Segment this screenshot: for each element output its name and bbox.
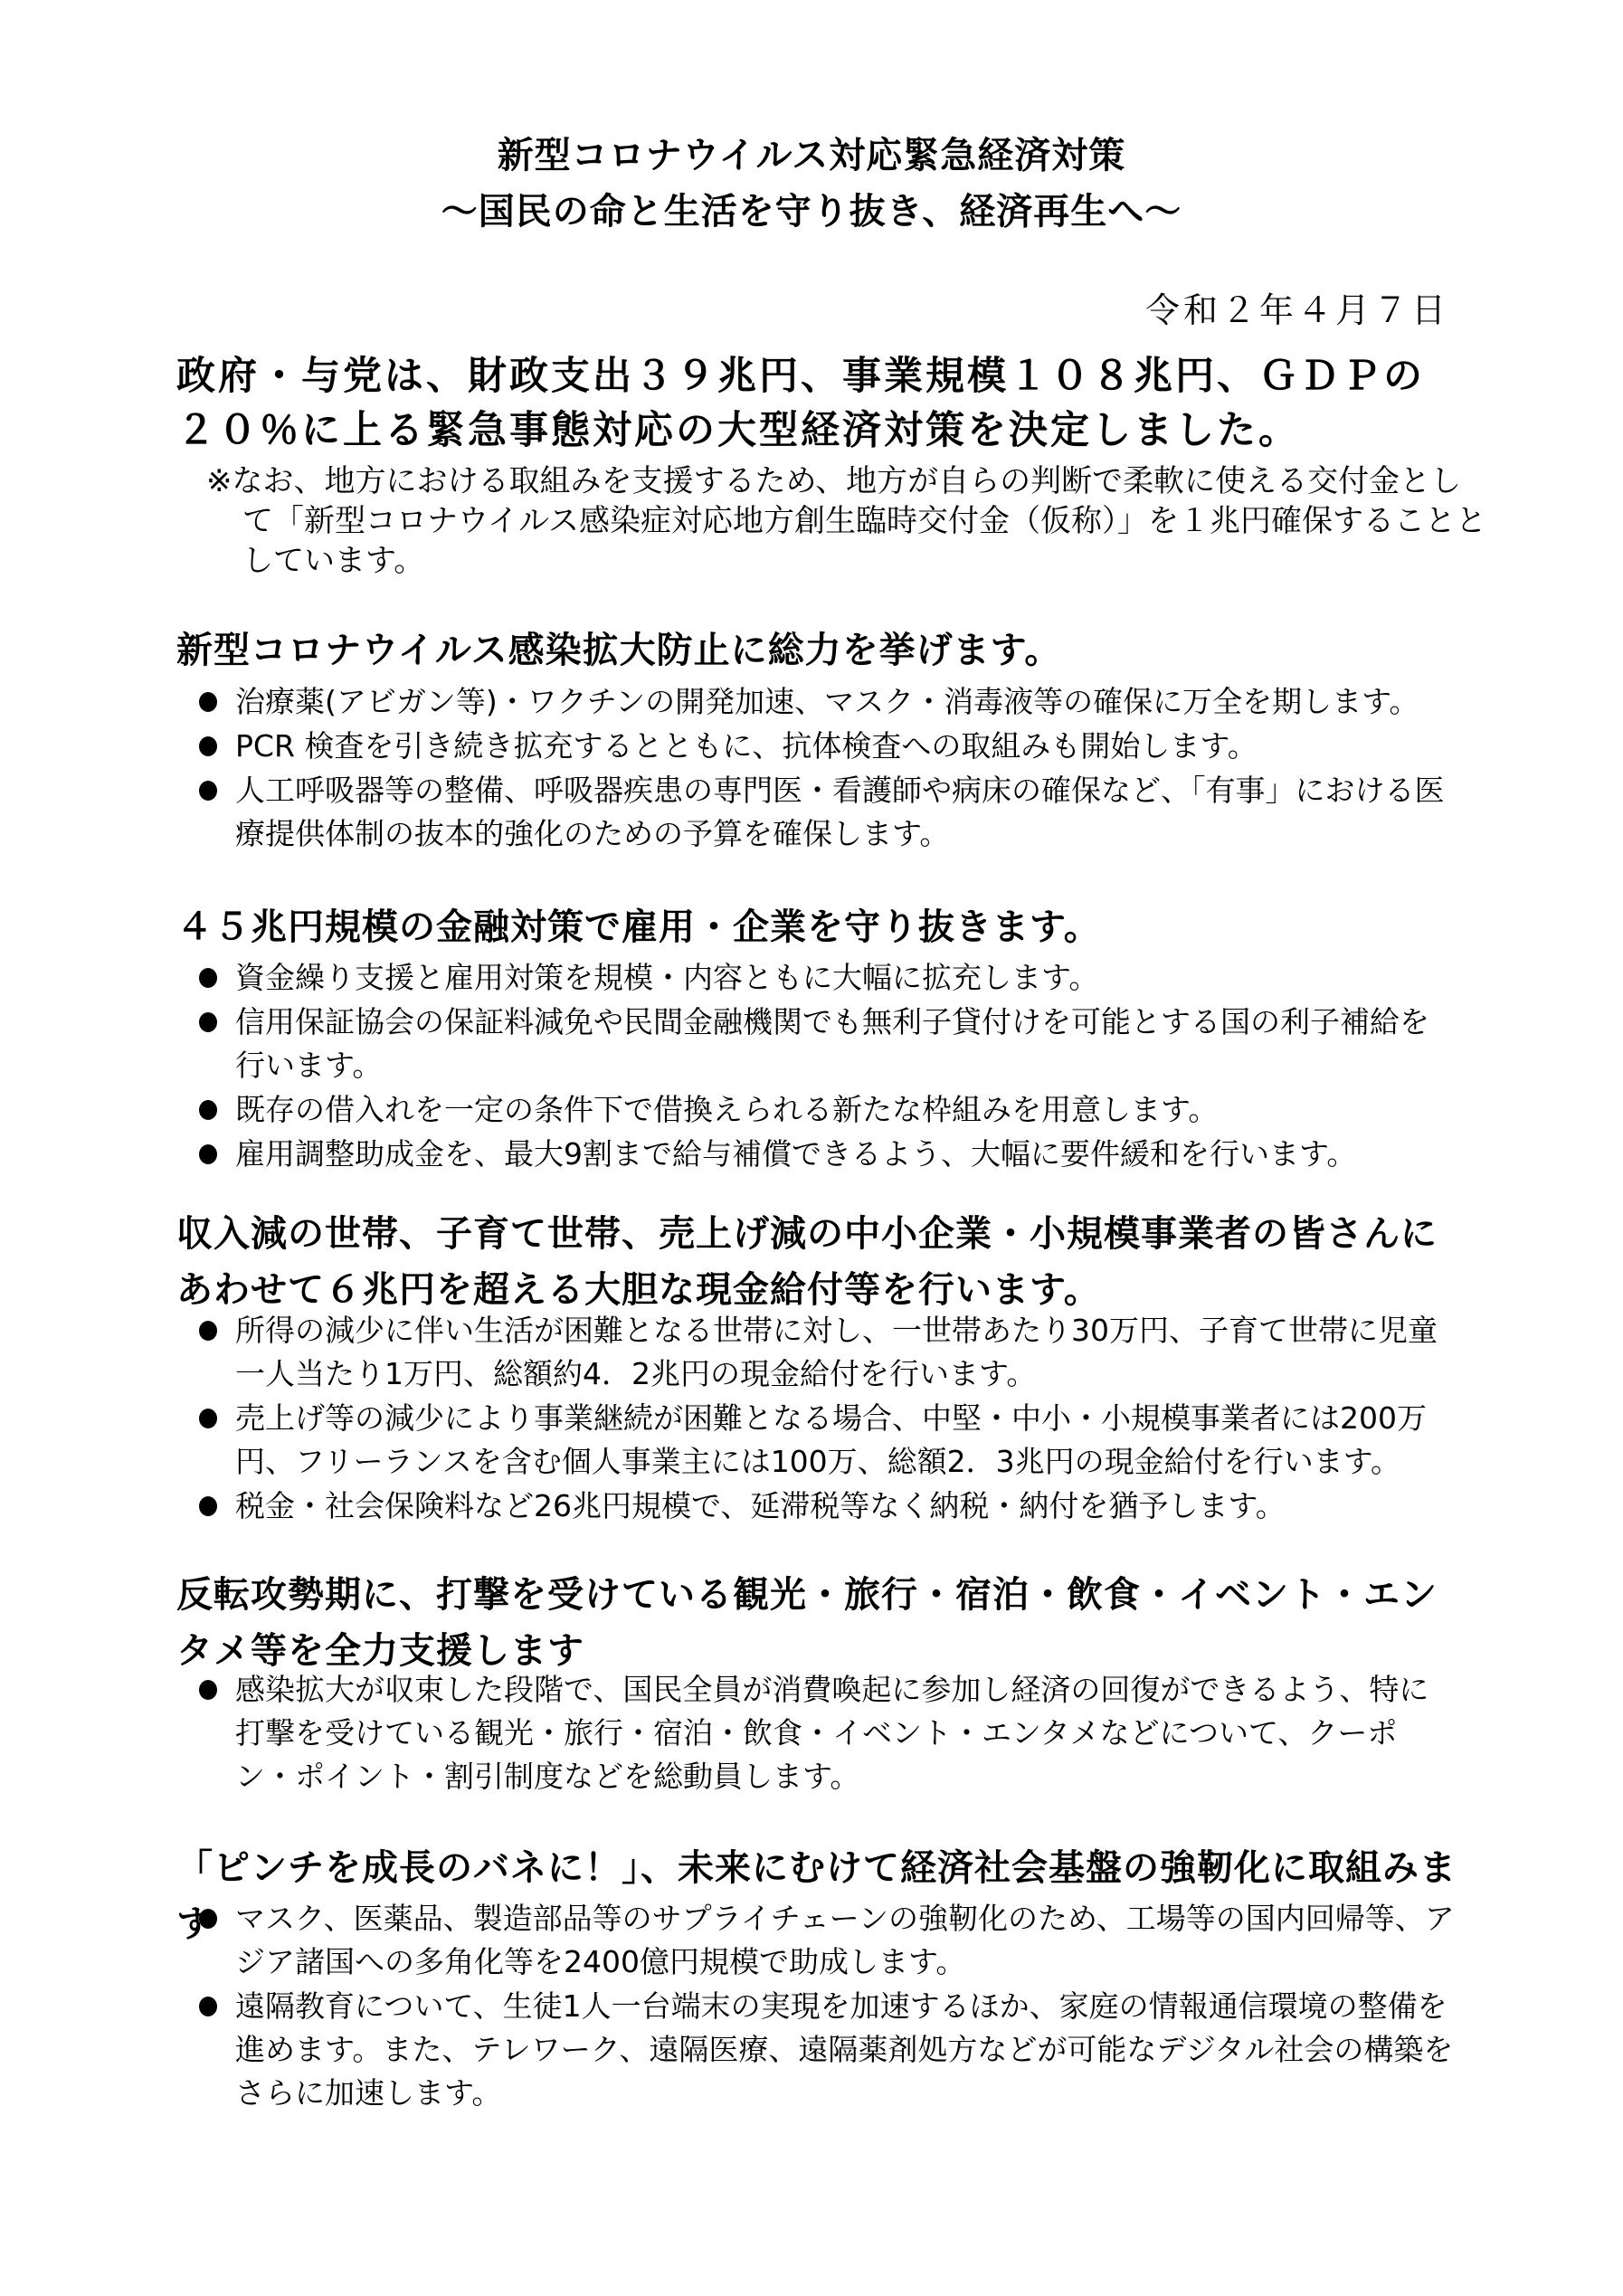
section-bullets-economic-resilience: マスク、医薬品、製造部品等のサプライチェーンの強靭化のため、工場等の国内回帰等、… (197, 1897, 1457, 2116)
list-item-text: 感染拡大が収束した段階で、国民全員が消費喚起に参加し経済の回復ができるよう、特に… (235, 1672, 1428, 1794)
bullet-icon (199, 1409, 217, 1428)
list-item-text: PCR 検査を引き続き拡充するとともに、抗体検査への取組みも開始します。 (235, 728, 1258, 764)
document-subtitle: ～国民の命と生活を守り抜き、経済再生へ～ (0, 183, 1623, 234)
list-item-text: 所得の減少に伴い生活が困難となる世帯に対し、一世帯あたり30万円、子育て世帯に児… (235, 1313, 1438, 1391)
bullet-icon (199, 1100, 217, 1120)
bullet-icon (199, 1321, 217, 1341)
section-bullets-cash-payments: 所得の減少に伴い生活が困難となる世帯に対し、一世帯あたり30万円、子育て世帯に児… (197, 1309, 1457, 1529)
bullet-icon (199, 1909, 217, 1929)
section-bullets-financial-measures: 資金繰り支援と雇用対策を規模・内容ともに大幅に拡充します。 信用保証協会の保証料… (197, 956, 1457, 1177)
bullet-icon (199, 781, 217, 801)
list-item-text: 資金繰り支援と雇用対策を規模・内容ともに大幅に拡充します。 (235, 960, 1098, 995)
list-item: 所得の減少に伴い生活が困難となる世帯に対し、一世帯あたり30万円、子育て世帯に児… (197, 1309, 1457, 1396)
section-bullets-infection-prevention: 治療薬(アビガン等)・ワクチンの開発加速、マスク・消毒液等の確保に万全を期します… (197, 680, 1457, 857)
section-heading-financial-measures: ４５兆円規模の金融対策で雇用・企業を守り抜きます。 (176, 899, 1457, 955)
bullet-icon (199, 1496, 217, 1516)
list-item: 既存の借入れを一定の条件下で借換えられる新たな枠組みを用意します。 (197, 1088, 1457, 1132)
section-heading-cash-payments: 収入減の世帯、子育て世帯、売上げ減の中小企業・小規模事業者の皆さんにあわせて６兆… (176, 1206, 1457, 1318)
list-item: 遠隔教育について、生徒1人一台端末の実現を加速するほか、家庭の情報通信環境の整備… (197, 1985, 1457, 2115)
bullet-icon (199, 1012, 217, 1032)
list-item: 人工呼吸器等の整備、呼吸器疾患の専門医・看護師や病床の確保など、「有事」における… (197, 769, 1457, 856)
list-item-text: 既存の借入れを一定の条件下で借換えられる新たな枠組みを用意します。 (235, 1092, 1218, 1127)
document-page: 新型コロナウイルス対応緊急経済対策 ～国民の命と生活を守り抜き、経済再生へ～ 令… (0, 0, 1623, 2296)
section-heading-infection-prevention: 新型コロナウイルス感染拡大防止に総力を挙げます。 (176, 622, 1457, 678)
list-item: 売上げ等の減少により事業継続が困難となる場合、中堅・中小・小規模事業者には200… (197, 1397, 1457, 1484)
list-item-text: 信用保証協会の保証料減免や民間金融機関でも無利子貸付けを可能とする国の利子補給を… (235, 1004, 1429, 1083)
list-item-text: マスク、医薬品、製造部品等のサプライチェーンの強靭化のため、工場等の国内回帰等、… (235, 1901, 1455, 1979)
list-item-text: 治療薬(アビガン等)・ワクチンの開発加速、マスク・消毒液等の確保に万全を期します… (235, 684, 1419, 719)
list-item: PCR 検査を引き続き拡充するとともに、抗体検査への取組みも開始します。 (197, 725, 1457, 768)
list-item-text: 雇用調整助成金を、最大9割まで給与補償できるよう、大幅に要件緩和を行います。 (235, 1136, 1356, 1172)
lead-statement: 政府・与党は、財政支出３９兆円、事業規模１０８兆円、ＧＤＰの２０％に上る緊急事態… (176, 349, 1452, 458)
list-item: マスク、医薬品、製造部品等のサプライチェーンの強靭化のため、工場等の国内回帰等、… (197, 1897, 1457, 1984)
list-item: 感染拡大が収束した段階で、国民全員が消費喚起に参加し経済の回復ができるよう、特に… (197, 1668, 1457, 1798)
bullet-icon (199, 1144, 217, 1164)
list-item-text: 売上げ等の減少により事業継続が困難となる場合、中堅・中小・小規模事業者には200… (235, 1400, 1427, 1479)
bullet-icon (199, 1680, 217, 1700)
section-heading-tourism-support: 反転攻勢期に、打撃を受けている観光・旅行・宿泊・飲食・イベント・エンタメ等を全力… (176, 1567, 1457, 1679)
document-date: 令和２年４月７日 (1145, 282, 1449, 332)
lead-note: ※なお、地方における取組みを支援するため、地方が自らの判断で柔軟に使える交付金と… (206, 461, 1491, 581)
list-item-text: 人工呼吸器等の整備、呼吸器疾患の専門医・看護師や病床の確保など、「有事」における… (235, 773, 1445, 851)
list-item-text: 遠隔教育について、生徒1人一台端末の実現を加速するほか、家庭の情報通信環境の整備… (235, 1988, 1453, 2111)
bullet-icon (199, 736, 217, 756)
bullet-icon (199, 692, 217, 712)
list-item-text: 税金・社会保険料など26兆円規模で、延滞税等なく納税・納付を猶予します。 (235, 1488, 1286, 1523)
list-item: 資金繰り支援と雇用対策を規模・内容ともに大幅に拡充します。 (197, 956, 1457, 1000)
bullet-icon (199, 968, 217, 988)
list-item: 治療薬(アビガン等)・ワクチンの開発加速、マスク・消毒液等の確保に万全を期します… (197, 680, 1457, 724)
section-bullets-tourism-support: 感染拡大が収束した段階で、国民全員が消費喚起に参加し経済の回復ができるよう、特に… (197, 1668, 1457, 1799)
document-title: 新型コロナウイルス対応緊急経済対策 (0, 127, 1623, 178)
bullet-icon (199, 1997, 217, 2016)
list-item: 信用保証協会の保証料減免や民間金融機関でも無利子貸付けを可能とする国の利子補給を… (197, 1001, 1457, 1087)
list-item: 雇用調整助成金を、最大9割まで給与補償できるよう、大幅に要件緩和を行います。 (197, 1133, 1457, 1176)
list-item: 税金・社会保険料など26兆円規模で、延滞税等なく納税・納付を猶予します。 (197, 1485, 1457, 1528)
